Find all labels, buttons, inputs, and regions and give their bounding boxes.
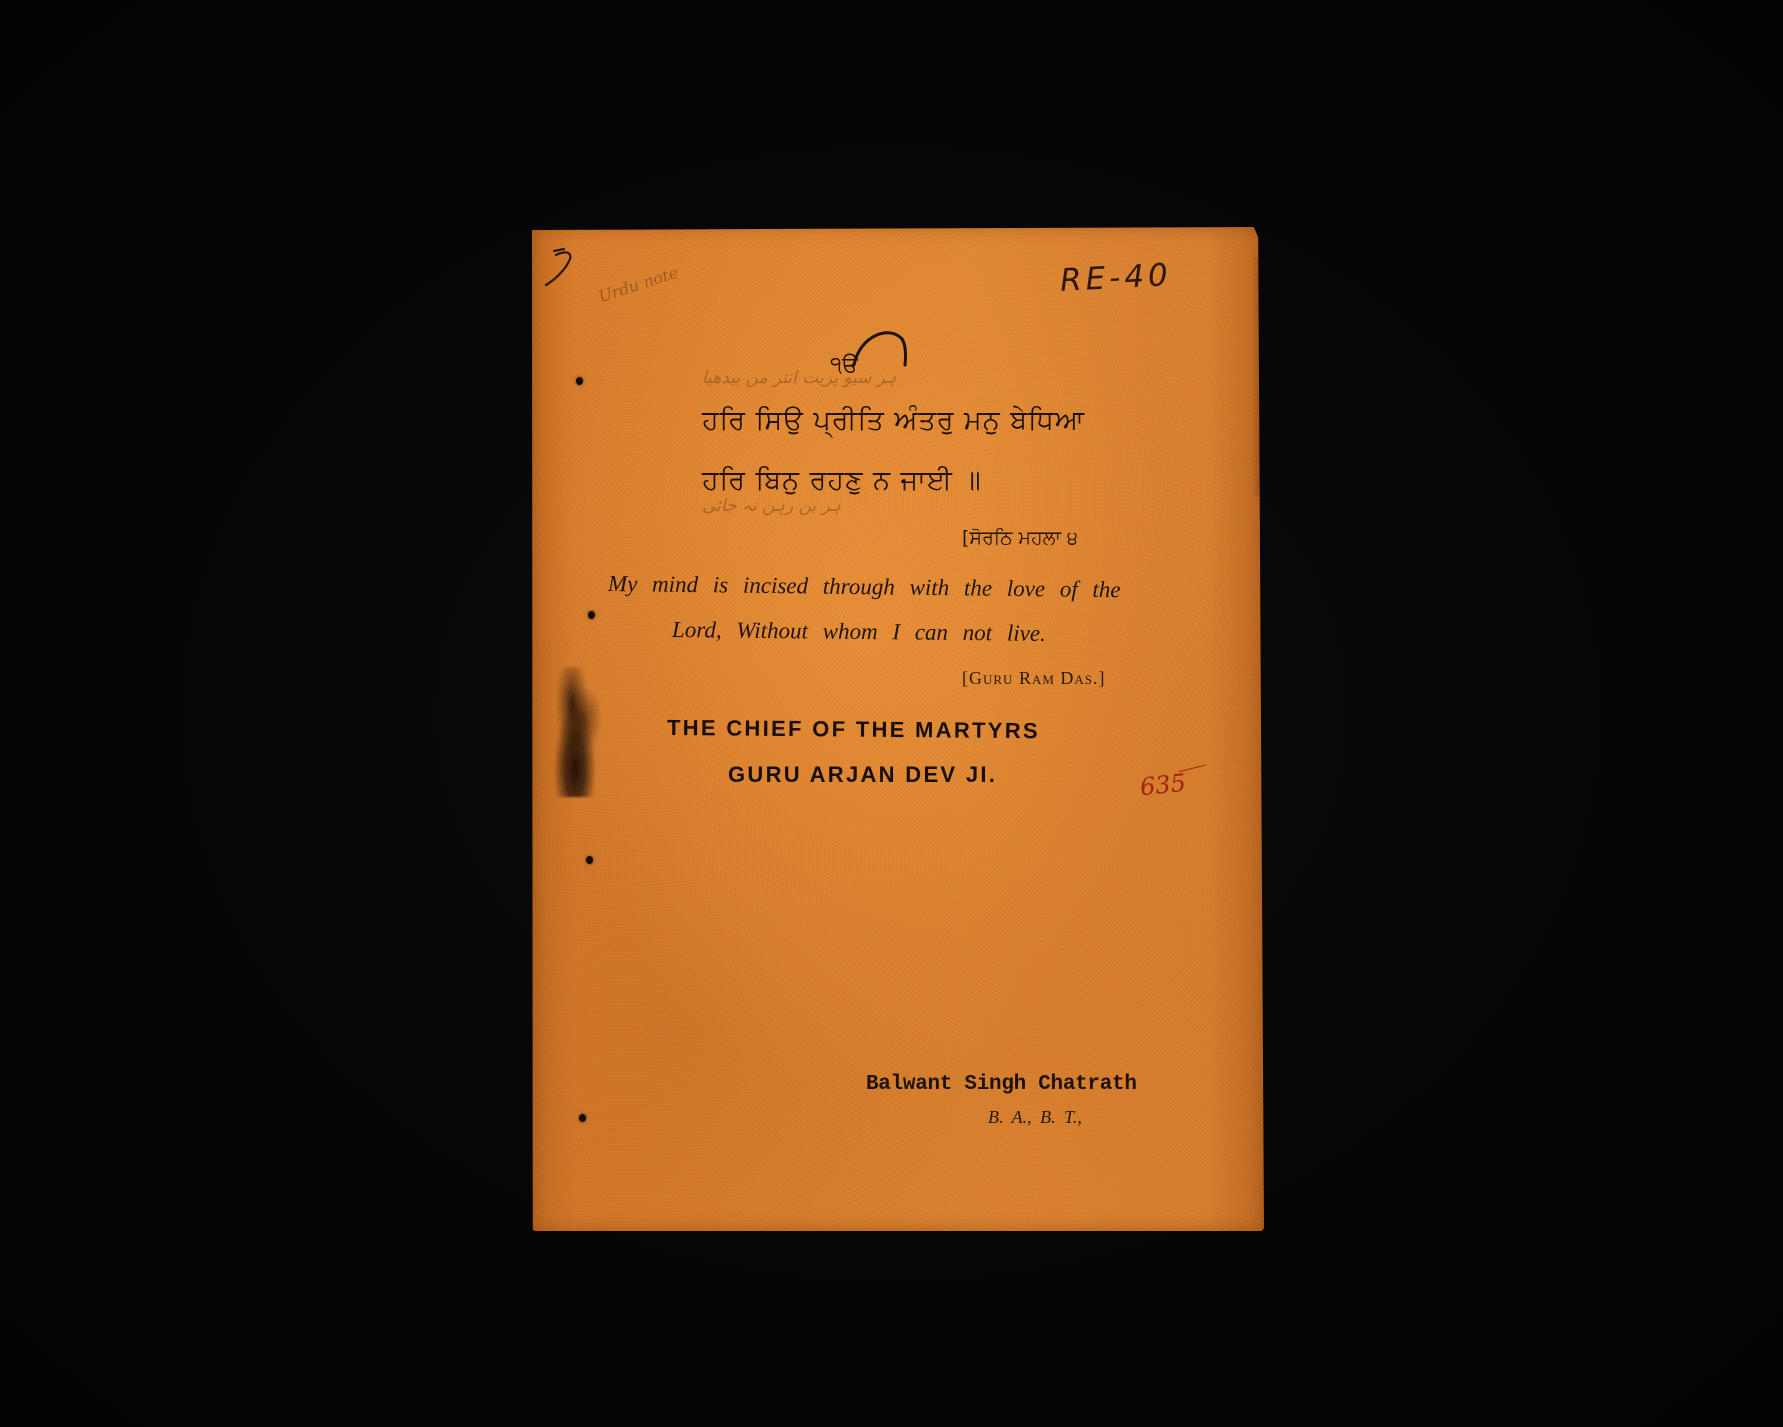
title-line-2: GURU ARJAN DEV JI. [728, 762, 997, 788]
english-translation-line-2: Lord, Without whom I can not live. [672, 617, 1046, 647]
booklet-cover: Urdu note RE-40 ੧ੳ ہر سیو پریت انتر من ب… [532, 227, 1264, 1231]
onkar-arc-icon [850, 325, 910, 370]
english-attribution: [Guru Ram Das.] [962, 668, 1106, 689]
title-line-1: THE CHIEF OF THE MARTYRS [667, 715, 1040, 744]
author-name: Balwant Singh Chatrath [866, 1073, 1137, 1096]
binding-hole [586, 856, 593, 864]
author-credentials: B. A., B. T., [988, 1107, 1082, 1128]
english-translation-line-1: My mind is incised through with the love… [608, 571, 1121, 603]
gurmukhi-verse-line-1: ਹਰਿ ਸਿਉ ਪ੍ਰੀਤਿ ਅੰਤਰੁ ਮਨੁ ਬੇਧਿਆ [702, 405, 1085, 437]
frayed-edge [1252, 257, 1264, 497]
pencil-annotation-top: Urdu note [596, 263, 680, 307]
gurmukhi-attribution: [ਸੋਰਠਿ ਮਹਲਾ ੪ [962, 527, 1078, 549]
binding-hole [579, 1114, 586, 1122]
binding-hole [576, 377, 583, 385]
pencil-transliteration-1: ہر سیو پریت انتر من بیدھیا [702, 367, 896, 388]
ink-stain [542, 667, 602, 797]
handwritten-mark-icon [542, 241, 582, 287]
catalog-number: 635 [1139, 769, 1187, 802]
gurmukhi-verse-line-2: ਹਰਿ ਬਿਨੁ ਰਹਣੁ ਨ ਜਾਈ ॥ [702, 465, 982, 497]
reference-code: RE-40 [1059, 257, 1172, 299]
pencil-transliteration-2: ہر بن رہن نہ جائی [702, 495, 841, 516]
binding-hole [588, 611, 595, 619]
